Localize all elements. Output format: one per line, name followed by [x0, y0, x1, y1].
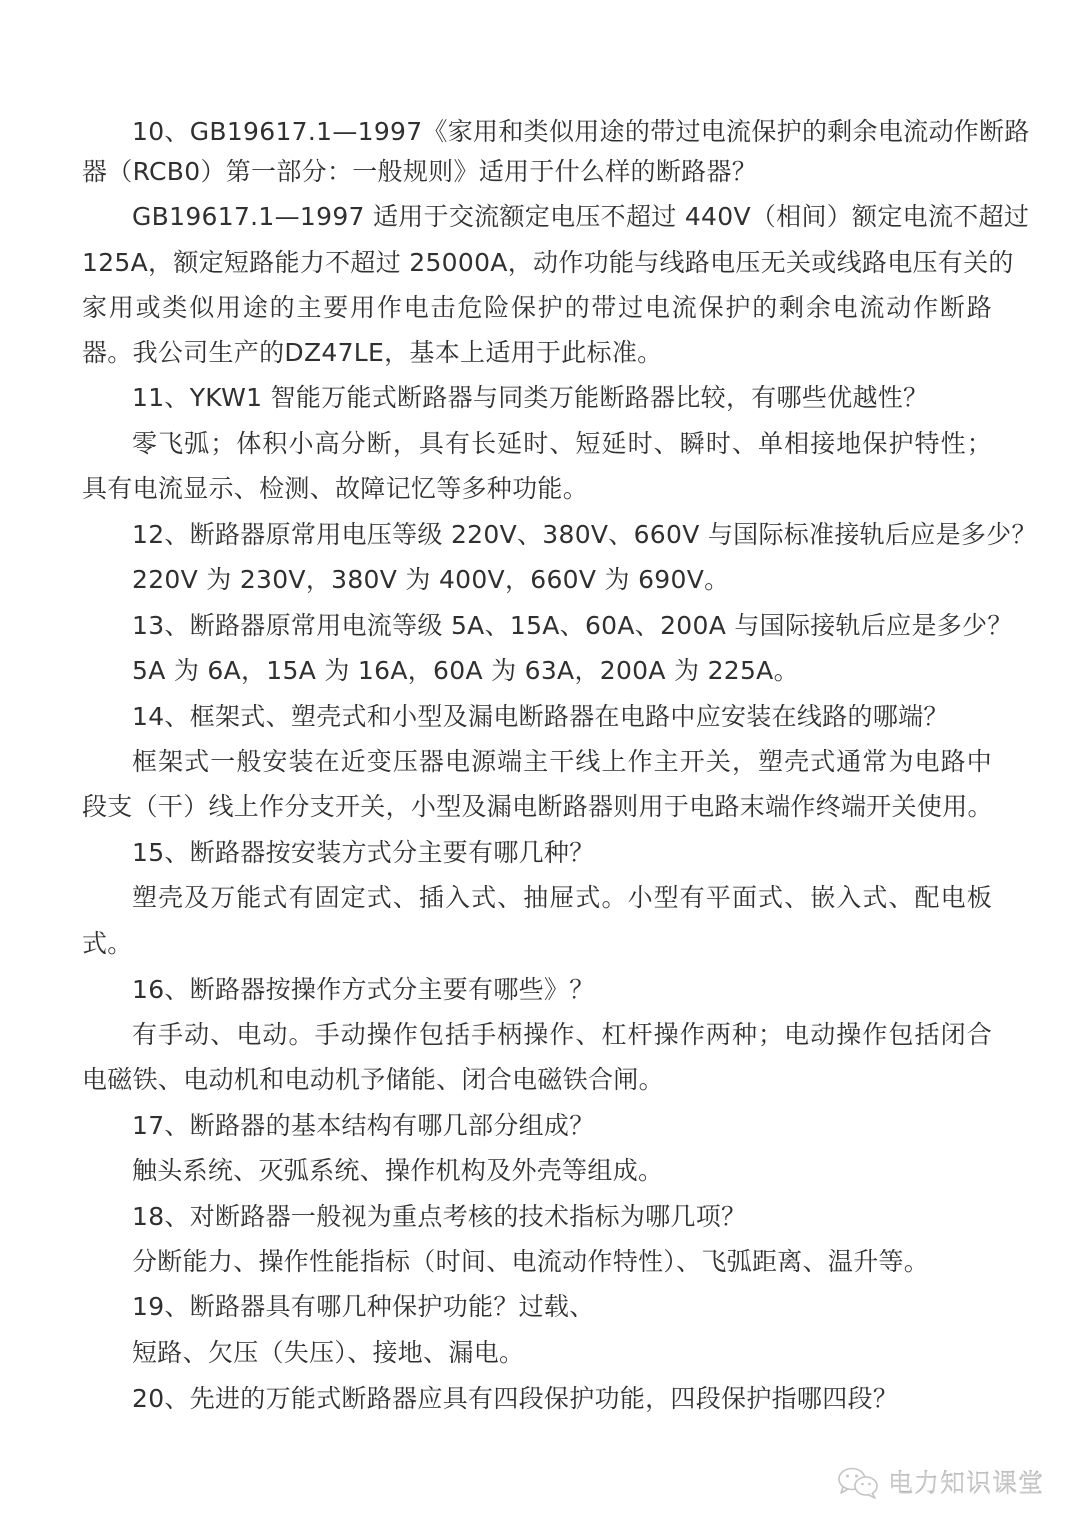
- text-line: 17、断路器的基本结构有哪几部分组成？: [132, 1106, 992, 1146]
- text-line: 15、断路器按安装方式分主要有哪几种？: [132, 833, 992, 873]
- text-line: 家用或类似用途的主要用作电击危险保护的带过电流保护的剩余电流动作断路: [82, 288, 992, 328]
- text-line: 125A，额定短路能力不超过 25000A，动作功能与线路电压无关或线路电压有关…: [82, 243, 992, 283]
- text-line: 段支（干）线上作分支开关，小型及漏电断路器则用于电路末端作终端开关使用。: [82, 787, 992, 827]
- text-line: 零飞弧；体积小高分断，具有长延时、短延时、瞬时、单相接地保护特性；: [132, 424, 992, 464]
- text-line: 短路、欠压（失压）、接地、漏电。: [132, 1333, 992, 1373]
- text-line: 式。: [82, 924, 992, 964]
- text-line: 18、对断路器一般视为重点考核的技术指标为哪几项？: [132, 1197, 992, 1237]
- text-line: 13、断路器原常用电流等级 5A、15A、60A、200A 与国际接轨后应是多少…: [132, 606, 992, 646]
- watermark-text: 电力知识课堂: [888, 1464, 1044, 1500]
- watermark: 电力知识课堂: [836, 1462, 1044, 1502]
- text-line: 具有电流显示、检测、故障记忆等多种功能。: [82, 469, 992, 509]
- text-line: 10、GB19617.1—1997《家用和类似用途的带过电流保护的剩余电流动作断…: [132, 112, 992, 152]
- text-line: GB19617.1—1997 适用于交流额定电压不超过 440V（相间）额定电流…: [132, 197, 992, 237]
- text-line: 5A 为 6A，15A 为 16A，60A 为 63A，200A 为 225A。: [132, 651, 992, 691]
- text-line: 器。我公司生产的DZ47LE，基本上适用于此标准。: [82, 333, 992, 373]
- text-line: 框架式一般安装在近变压器电源端主干线上作主开关，塑壳式通常为电路中: [132, 742, 992, 782]
- text-line: 触头系统、灭弧系统、操作机构及外壳等组成。: [132, 1151, 992, 1191]
- text-line: 14、框架式、塑壳式和小型及漏电断路器在电路中应安装在线路的哪端？: [132, 697, 992, 737]
- text-line: 16、断路器按操作方式分主要有哪些》？: [132, 970, 992, 1010]
- text-line: 12、断路器原常用电压等级 220V、380V、660V 与国际标准接轨后应是多…: [132, 515, 992, 555]
- text-line: 塑壳及万能式有固定式、插入式、抽屉式。小型有平面式、嵌入式、配电板: [132, 878, 992, 918]
- document-page: 10、GB19617.1—1997《家用和类似用途的带过电流保护的剩余电流动作断…: [0, 0, 1080, 1528]
- wechat-icon: [836, 1465, 880, 1499]
- text-line: 20、先进的万能式断路器应具有四段保护功能，四段保护指哪四段？: [132, 1379, 992, 1419]
- text-line: 11、YKW1 智能万能式断路器与同类万能断路器比较，有哪些优越性？: [132, 378, 992, 418]
- text-line: 电磁铁、电动机和电动机予储能、闭合电磁铁合闸。: [82, 1060, 992, 1100]
- text-line: 19、断路器具有哪几种保护功能？过载、: [132, 1287, 992, 1327]
- text-line: 220V 为 230V，380V 为 400V，660V 为 690V。: [132, 560, 992, 600]
- text-line: 器（RCB0）第一部分：一般规则》适用于什么样的断路器？: [82, 152, 992, 192]
- text-line: 分断能力、操作性能指标（时间、电流动作特性）、飞弧距离、温升等。: [132, 1242, 992, 1282]
- text-line: 有手动、电动。手动操作包括手柄操作、杠杆操作两种；电动操作包括闭合: [132, 1015, 992, 1055]
